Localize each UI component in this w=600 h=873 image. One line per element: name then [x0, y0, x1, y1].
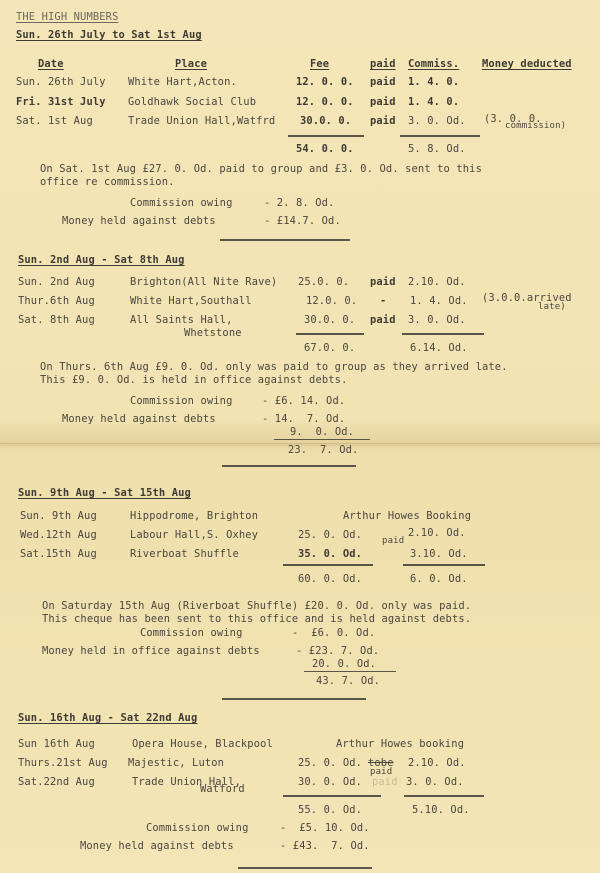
- row-fee: 30.0. 0.: [300, 115, 351, 127]
- row-paid: paid: [372, 776, 398, 788]
- row-date: Sun. 2nd Aug: [18, 276, 95, 288]
- row-fee: 12. 0. 0.: [296, 76, 354, 88]
- row-paid: paid: [370, 115, 396, 127]
- row-date: Sun. 9th Aug: [20, 510, 97, 522]
- summary-label: Money held against debts: [80, 840, 234, 852]
- row-place: Riverboat Shuffle: [130, 548, 239, 560]
- document-title: THE HIGH NUMBERS: [16, 11, 119, 23]
- section-divider: [222, 698, 366, 700]
- col-header-place: Place: [175, 58, 207, 70]
- row-paid: paid: [370, 76, 396, 88]
- row-fee: 25. 0. Od.: [298, 757, 362, 769]
- section-4-heading: Sun. 16th Aug - Sat 22nd Aug: [18, 712, 197, 724]
- summary-label: Commission owing: [130, 395, 233, 407]
- row-fee: 30. 0. Od.: [298, 776, 362, 788]
- total-fee: 67.0. 0.: [304, 342, 355, 354]
- col-header-fee: Fee: [310, 58, 329, 70]
- total-rule: [283, 564, 373, 566]
- section-3-heading: Sun. 9th Aug - Sat 15th Aug: [18, 487, 191, 499]
- col-header-commission: Commiss.: [408, 58, 459, 70]
- row-paid: paid: [370, 314, 396, 326]
- row-date: Sat. 1st Aug: [16, 115, 93, 127]
- row-paid: -: [380, 295, 386, 307]
- col-header-paid: paid: [370, 58, 396, 70]
- total-fee: 54. 0. 0.: [296, 143, 354, 155]
- row-commission: 2.10. Od.: [408, 527, 466, 539]
- total-fee: 55. 0. Od.: [298, 804, 362, 816]
- row-commission: 1. 4. 0.: [408, 96, 459, 108]
- summary-label: Commission owing: [140, 627, 243, 639]
- extra-line: 20. 0. Od.: [312, 658, 376, 670]
- grand-total: 43. 7. Od.: [316, 675, 380, 687]
- section-divider: [222, 465, 356, 467]
- row-paid: paid: [370, 96, 396, 108]
- section-divider: [220, 239, 350, 241]
- summary-label: Commission owing: [130, 197, 233, 209]
- row-place: All Saints Hall,: [130, 314, 233, 326]
- summary-label: Money held in office against debts: [42, 645, 260, 657]
- row-commission: 3. 0. Od.: [408, 115, 466, 127]
- row-paid: paid: [370, 276, 396, 288]
- row-fee: 25. 0. Od.: [298, 529, 362, 541]
- extra-line: 9. 0. Od.: [290, 426, 354, 438]
- row-commission: 1. 4. Od.: [410, 295, 468, 307]
- row-commission: 3.10. Od.: [410, 548, 468, 560]
- total-fee: 60. 0. Od.: [298, 573, 362, 585]
- row-note: Arthur Howes booking: [336, 738, 464, 750]
- summary-value: - £6. 0. Od.: [292, 627, 375, 639]
- row-date: Sun 16th Aug: [18, 738, 95, 750]
- row-note-sub: commission): [505, 120, 566, 132]
- row-fee: 12. 0. 0.: [296, 96, 354, 108]
- row-place: Labour Hall,S. Oxhey: [130, 529, 258, 541]
- total-commission: 6. 0. Od.: [410, 573, 468, 585]
- row-place: White Hart,Southall: [130, 295, 252, 307]
- row-place-line-2: Whetstone: [184, 327, 242, 339]
- grand-total: 23. 7. Od.: [288, 444, 358, 456]
- row-date: Sat.15th Aug: [20, 548, 97, 560]
- row-date: Sat. 8th Aug: [18, 314, 95, 326]
- total-rule: [400, 135, 480, 137]
- summary-value: - 2. 8. Od.: [264, 197, 334, 209]
- section-note-line-2: office re commission.: [40, 176, 175, 188]
- row-commission: 3. 0. Od.: [408, 314, 466, 326]
- row-date: Thur.6th Aug: [18, 295, 95, 307]
- total-rule: [304, 671, 396, 672]
- summary-value: - £43. 7. Od.: [280, 840, 370, 852]
- row-place-line-2: Watford: [200, 783, 245, 795]
- typewritten-ledger-page: THE HIGH NUMBERS Sun. 26th July to Sat 1…: [0, 0, 600, 873]
- summary-label: Commission owing: [146, 822, 249, 834]
- total-commission: 6.14. Od.: [410, 342, 468, 354]
- row-note-sub: late): [538, 301, 566, 313]
- summary-label: Money held against debts: [62, 215, 216, 227]
- row-place: Hippodrome, Brighton: [130, 510, 258, 522]
- total-rule: [283, 795, 381, 797]
- row-note: Arthur Howes Booking: [343, 510, 471, 522]
- section-2-heading: Sun. 2nd Aug - Sat 8th Aug: [18, 254, 185, 266]
- summary-value: - £14.7. Od.: [264, 215, 341, 227]
- row-commission: 3. 0. Od.: [406, 776, 464, 788]
- row-paid: paid: [382, 535, 404, 547]
- section-note-line-1: On Sat. 1st Aug £27. 0. Od. paid to grou…: [40, 163, 482, 175]
- total-rule: [404, 795, 484, 797]
- row-commission: 2.10. Od.: [408, 276, 466, 288]
- total-commission: 5.10. Od.: [412, 804, 470, 816]
- row-fee: 30.0. 0.: [304, 314, 355, 326]
- row-date: Fri. 31st July: [16, 96, 106, 108]
- total-commission: 5. 8. Od.: [408, 143, 466, 155]
- summary-value: - £6. 14. Od.: [262, 395, 345, 407]
- section-1-heading: Sun. 26th July to Sat 1st Aug: [16, 29, 202, 41]
- total-rule: [288, 135, 364, 137]
- row-place: Opera House, Blackpool: [132, 738, 273, 750]
- row-fee: 25.0. 0.: [298, 276, 349, 288]
- row-date: Wed.12th Aug: [20, 529, 97, 541]
- section-note-line-1: On Thurs. 6th Aug £9. 0. Od. only was pa…: [40, 361, 508, 373]
- row-place: Majestic, Luton: [128, 757, 224, 769]
- row-place: White Hart,Acton.: [128, 76, 237, 88]
- total-rule: [274, 439, 370, 440]
- total-rule: [402, 333, 484, 335]
- section-note-line-1: On Saturday 15th Aug (Riverboat Shuffle)…: [42, 600, 471, 612]
- section-divider: [238, 867, 372, 869]
- row-fee: 35. 0. Od.: [298, 548, 362, 560]
- total-rule: [296, 333, 364, 335]
- row-date: Thurs.21st Aug: [18, 757, 108, 769]
- col-header-date: Date: [38, 58, 64, 70]
- col-header-money-deducted: Money deducted: [482, 58, 572, 70]
- row-place: Brighton(All Nite Rave): [130, 276, 277, 288]
- row-place: Goldhawk Social Club: [128, 96, 256, 108]
- row-fee: 12.0. 0.: [306, 295, 357, 307]
- row-commission: 1. 4. 0.: [408, 76, 459, 88]
- row-commission: 2.10. Od.: [408, 757, 466, 769]
- section-note-line-2: This £9. 0. Od. is held in office agains…: [40, 374, 347, 386]
- summary-label: Money held against debts: [62, 413, 216, 425]
- summary-value: - £5. 10. Od.: [280, 822, 370, 834]
- row-place: Trade Union Hall,Watfrd: [128, 115, 275, 127]
- summary-value: - 14. 7. Od.: [262, 413, 345, 425]
- total-rule: [403, 564, 485, 566]
- summary-value: - £23. 7. Od.: [296, 645, 379, 657]
- row-date: Sun. 26th July: [16, 76, 106, 88]
- section-note-line-2: This cheque has been sent to this office…: [42, 613, 471, 625]
- row-date: Sat.22nd Aug: [18, 776, 95, 788]
